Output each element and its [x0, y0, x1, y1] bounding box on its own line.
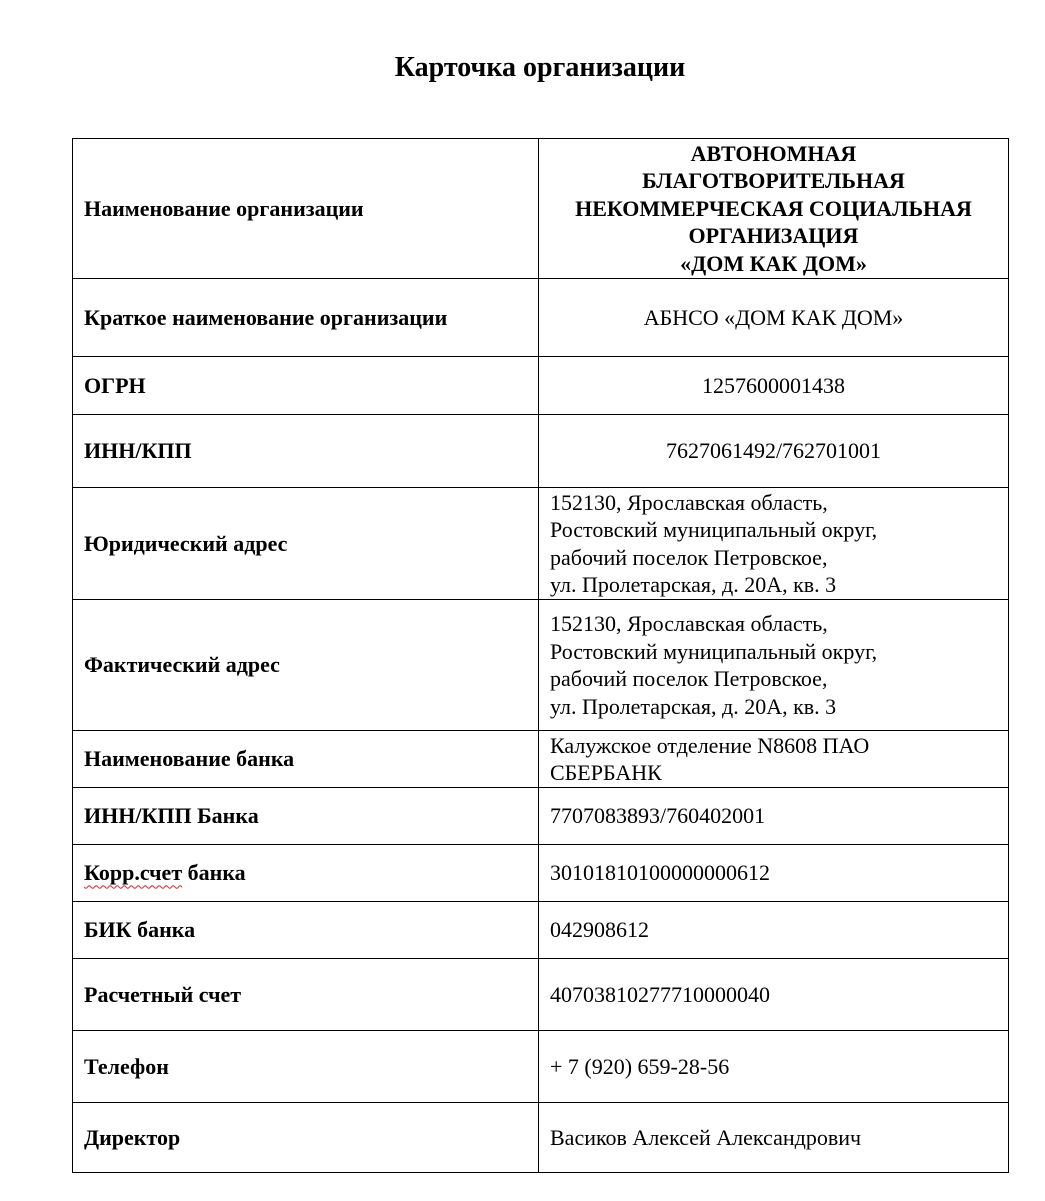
label-short-name: Краткое наименование организации [73, 279, 539, 357]
table-row-bank-name: Наименование банка Калужское отделение N… [73, 731, 1009, 788]
address-line: 152130, Ярославская область, [550, 610, 997, 638]
address-line: 152130, Ярославская область, [550, 489, 997, 517]
value-org-name: АВТОНОМНАЯ БЛАГОТВОРИТЕЛЬНАЯ НЕКОММЕРЧЕС… [539, 139, 1009, 279]
organization-card-table: Наименование организации АВТОНОМНАЯ БЛАГ… [72, 138, 1009, 1173]
label-phone: Телефон [73, 1031, 539, 1103]
value-phone: + 7 (920) 659-28-56 [539, 1031, 1009, 1103]
address-line: ул. Пролетарская, д. 20А, кв. 3 [550, 571, 997, 599]
org-name-line: БЛАГОТВОРИТЕЛЬНАЯ [550, 167, 997, 195]
table-row-corr-account: Корр.счет банка 30101810100000000612 [73, 845, 1009, 902]
label-corr-account-suffix: банка [182, 860, 246, 885]
value-corr-account: 30101810100000000612 [539, 845, 1009, 902]
address-line: рабочий поселок Петровское, [550, 544, 997, 572]
label-corr-account: Корр.счет банка [73, 845, 539, 902]
table-row-director: Директор Васиков Алексей Александрович [73, 1103, 1009, 1173]
value-director: Васиков Алексей Александрович [539, 1103, 1009, 1173]
org-name-line: АВТОНОМНАЯ [550, 140, 997, 168]
table-row-actual-address: Фактический адрес 152130, Ярославская об… [73, 600, 1009, 731]
table-row-settlement-account: Расчетный счет 40703810277710000040 [73, 959, 1009, 1031]
value-settlement-account: 40703810277710000040 [539, 959, 1009, 1031]
bank-name-line: Калужское отделение N8608 ПАО [550, 732, 997, 760]
org-name-line: «ДОМ КАК ДОМ» [550, 250, 997, 278]
label-bik: БИК банка [73, 902, 539, 959]
value-ogrn: 1257600001438 [539, 357, 1009, 415]
page-title: Карточка организации [0, 50, 1045, 86]
label-settlement-account: Расчетный счет [73, 959, 539, 1031]
bank-name-line: СБЕРБАНК [550, 759, 997, 787]
label-bank-name: Наименование банка [73, 731, 539, 788]
address-line: Ростовский муниципальный округ, [550, 638, 997, 666]
table-row-inn-kpp: ИНН/КПП 7627061492/762701001 [73, 415, 1009, 488]
value-inn-kpp: 7627061492/762701001 [539, 415, 1009, 488]
address-line: ул. Пролетарская, д. 20А, кв. 3 [550, 693, 997, 721]
label-legal-address: Юридический адрес [73, 488, 539, 600]
label-director: Директор [73, 1103, 539, 1173]
value-legal-address: 152130, Ярославская область, Ростовский … [539, 488, 1009, 600]
label-actual-address: Фактический адрес [73, 600, 539, 731]
org-name-line: НЕКОММЕРЧЕСКАЯ СОЦИАЛЬНАЯ [550, 195, 997, 223]
value-actual-address: 152130, Ярославская область, Ростовский … [539, 600, 1009, 731]
table-row-bik: БИК банка 042908612 [73, 902, 1009, 959]
address-line: рабочий поселок Петровское, [550, 665, 997, 693]
address-line: Ростовский муниципальный округ, [550, 516, 997, 544]
label-ogrn: ОГРН [73, 357, 539, 415]
label-bank-inn-kpp: ИНН/КПП Банка [73, 788, 539, 845]
value-bank-name: Калужское отделение N8608 ПАО СБЕРБАНК [539, 731, 1009, 788]
value-short-name: АБНСО «ДОМ КАК ДОМ» [539, 279, 1009, 357]
table-row-org-name: Наименование организации АВТОНОМНАЯ БЛАГ… [73, 139, 1009, 279]
value-bank-inn-kpp: 7707083893/760402001 [539, 788, 1009, 845]
table-row-ogrn: ОГРН 1257600001438 [73, 357, 1009, 415]
spellcheck-underlined-word: Корр.счет [84, 860, 182, 885]
table-row-bank-inn-kpp: ИНН/КПП Банка 7707083893/760402001 [73, 788, 1009, 845]
table-row-legal-address: Юридический адрес 152130, Ярославская об… [73, 488, 1009, 600]
label-org-name: Наименование организации [73, 139, 539, 279]
table-row-short-name: Краткое наименование организации АБНСО «… [73, 279, 1009, 357]
value-bik: 042908612 [539, 902, 1009, 959]
table-row-phone: Телефон + 7 (920) 659-28-56 [73, 1031, 1009, 1103]
label-inn-kpp: ИНН/КПП [73, 415, 539, 488]
org-name-line: ОРГАНИЗАЦИЯ [550, 222, 997, 250]
